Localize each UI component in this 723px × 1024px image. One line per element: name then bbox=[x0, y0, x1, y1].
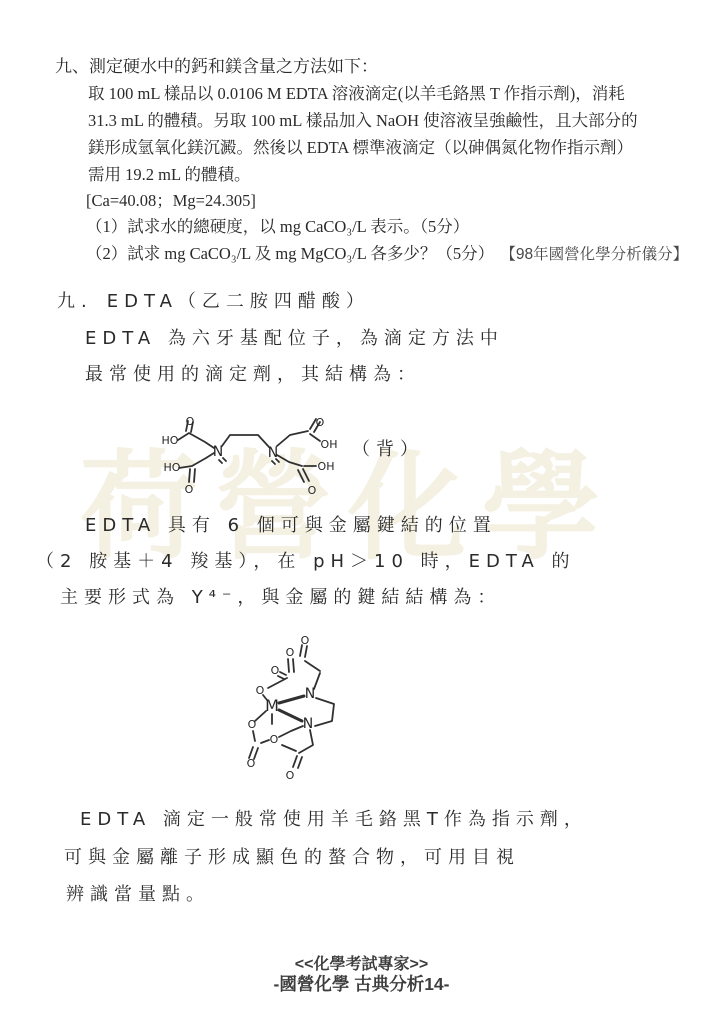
atom-label: O bbox=[316, 416, 325, 429]
question-body-line: 31.3 mL 的體積。另取 100 mL 樣品加入 NaOH 使溶液呈強鹼性，… bbox=[88, 112, 638, 131]
atom-label: OH bbox=[321, 438, 338, 451]
atom-label: HO bbox=[162, 434, 179, 447]
atom-label: N bbox=[213, 444, 223, 460]
note-heading-number: 九. bbox=[57, 291, 93, 312]
note-line: 主要形式為 Y⁴⁻，與金屬的鍵結結構為： bbox=[60, 588, 501, 608]
note-heading-line: 九.EDTA（乙二胺四醋酸） bbox=[57, 292, 370, 312]
atom-label: OH bbox=[318, 460, 335, 473]
note-line: EDTA 具有 6 個可與金屬鍵結的位置 bbox=[85, 516, 497, 536]
note-heading: EDTA（乙二胺四醋酸） bbox=[107, 291, 370, 312]
atom-label: N bbox=[303, 716, 313, 732]
question-number: 九、 bbox=[55, 57, 89, 76]
atom-label: O bbox=[286, 646, 295, 659]
memorize-tag: （背） bbox=[352, 440, 424, 460]
question-body-line: 需用 19.2 mL 的體積。 bbox=[88, 166, 251, 185]
subquestion-2: （2）試求 mg CaCO₃/L 及 mg MgCO₃/L 各多少？（5分） bbox=[86, 244, 494, 263]
note-line: 最常使用的滴定劑，其結構為： bbox=[85, 365, 421, 385]
atom-label: O bbox=[248, 718, 257, 731]
atom-label: HO bbox=[164, 461, 181, 474]
footer-page-label: -國營化學 古典分析14- bbox=[0, 971, 723, 996]
note-line: （2 胺基＋4 羧基），在 pH＞10 時，EDTA 的 bbox=[36, 552, 576, 572]
atom-label: O bbox=[301, 634, 310, 647]
atom-label: O bbox=[256, 684, 265, 697]
atom-label: O bbox=[286, 769, 295, 782]
note-line: 可與金屬離子形成顯色的螯合物，可用目視 bbox=[64, 848, 520, 868]
note-line: EDTA 為六牙基配位子，為滴定方法中 bbox=[85, 329, 504, 349]
note-line: 辨識當量點。 bbox=[66, 885, 210, 905]
atomic-mass-note: [Ca=40.08；Mg=24.305] bbox=[86, 192, 256, 211]
atom-label: N bbox=[305, 686, 315, 702]
atom-label: N bbox=[268, 445, 278, 461]
question-body-line: 鎂形成氫氧化鎂沉澱。然後以 EDTA 標準液滴定（以砷偶氮化物作指示劑） bbox=[88, 139, 633, 158]
scanned-document-page: { "colors": { "ink": "#2a2a2a", "waterma… bbox=[0, 0, 723, 1024]
subquestion-1: （1）試求水的總硬度，以 mg CaCO₃/L 表示。（5分） bbox=[86, 218, 469, 237]
atom-label: O bbox=[186, 415, 195, 428]
atom-label: O bbox=[271, 664, 280, 677]
atom-label: M bbox=[265, 696, 279, 715]
edta-structure-drawing: O HO N N O OH HO O OH O bbox=[126, 398, 390, 526]
atom-label: O bbox=[308, 484, 317, 497]
atom-label: O bbox=[270, 733, 279, 746]
subquestion-2-line: （2）試求 mg CaCO₃/L 及 mg MgCO₃/L 各多少？（5分）【9… bbox=[86, 245, 688, 264]
atom-label: O bbox=[185, 483, 194, 496]
exam-source-tag: 【98年國營化學分析儀分】 bbox=[508, 246, 688, 263]
note-line: EDTA 滴定一般常使用羊毛鉻黑T作為指示劑， bbox=[80, 810, 588, 830]
atom-label: O bbox=[247, 757, 256, 770]
question-title-line: 九、測定硬水中的鈣和鎂含量之方法如下： bbox=[55, 57, 378, 77]
metal-edta-complex-drawing: M N N O O O O O O O O bbox=[226, 634, 356, 802]
question-title: 測定硬水中的鈣和鎂含量之方法如下： bbox=[89, 57, 378, 76]
question-body-line: 取 100 mL 樣品以 0.0106 M EDTA 溶液滴定(以羊毛鉻黑 T … bbox=[88, 85, 625, 104]
